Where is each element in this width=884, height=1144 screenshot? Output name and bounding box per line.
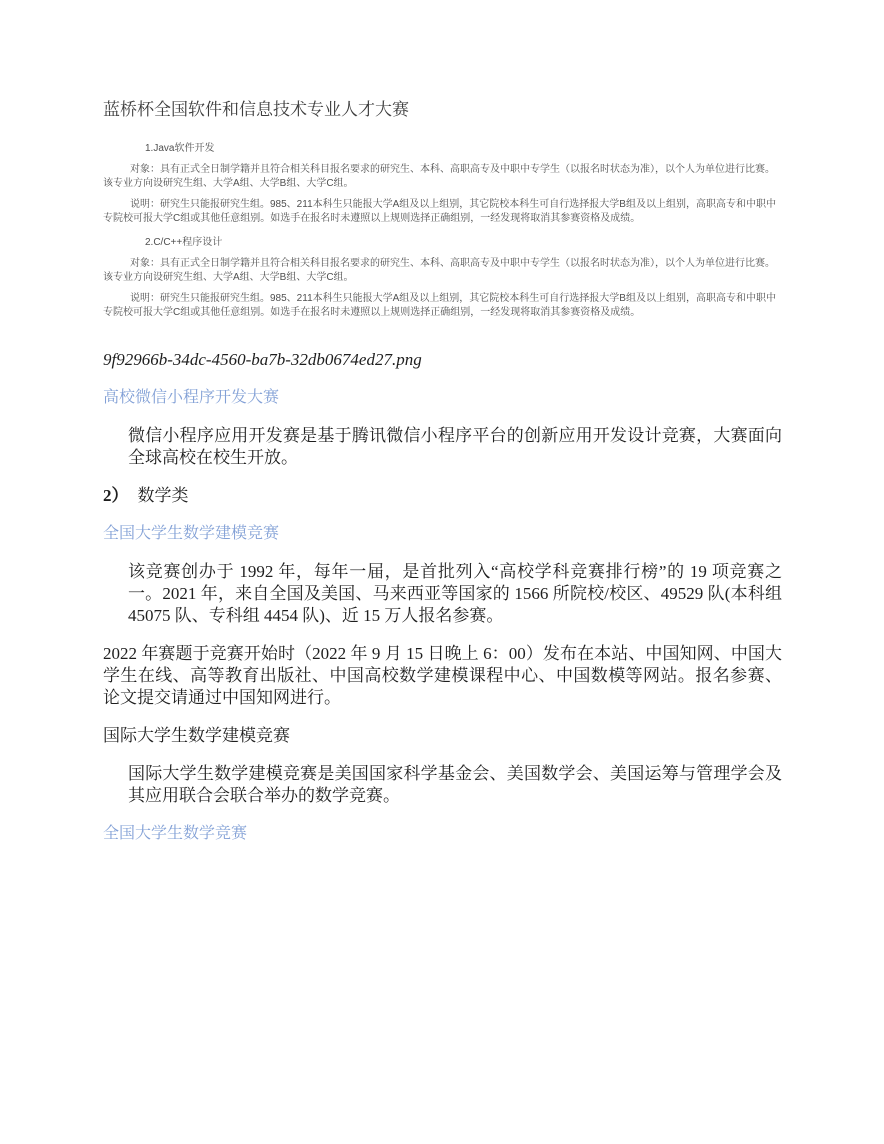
pasted-competition-clip: 蓝桥杯全国软件和信息技术专业人才大赛 1.Java软件开发 对象：具有正式全日制… [103, 100, 782, 319]
clip-title: 蓝桥杯全国软件和信息技术专业人才大赛 [103, 100, 782, 120]
image-filename-caption: 9f92966b-34dc-4560-ba7b-32db0674ed27.png [103, 349, 782, 371]
clip-paragraph-java-note: 说明：研究生只能报研究生组。985、211本科生只能报大学A组及以上组别，其它院… [103, 198, 782, 225]
cumcm-2022-announcement: 2022 年赛题于竞赛开始时（2022 年 9 月 15 日晚上 6：00）发布… [103, 643, 782, 709]
clip-paragraph-java-target: 对象：具有正式全日制学籍并且符合相关科目报名要求的研究生、本科、高职高专及中职中… [103, 163, 782, 190]
mcm-heading: 国际大学生数学建模竞赛 [103, 725, 782, 747]
clip-section-heading-java: 1.Java软件开发 [145, 142, 782, 155]
list-item-label: 数学类 [138, 486, 189, 505]
cumcm-description: 该竞赛创办于 1992 年，每年一届，是首批列入“高校学科竞赛排行榜”的 19 … [128, 561, 782, 627]
link-cumcm-contest[interactable]: 全国大学生数学建模竞赛 [103, 523, 782, 545]
mcm-description: 国际大学生数学建模竞赛是美国国家科学基金会、美国数学会、美国运筹与管理学会及其应… [128, 763, 782, 807]
document-body: 9f92966b-34dc-4560-ba7b-32db0674ed27.png… [103, 349, 782, 845]
list-item-math-category: 2）数学类 [103, 485, 782, 507]
link-cmc-contest[interactable]: 全国大学生数学竞赛 [103, 823, 782, 845]
clip-section-heading-cpp: 2.C/C++程序设计 [145, 236, 782, 249]
list-item-number: 2） [103, 486, 129, 505]
document-page: 蓝桥杯全国软件和信息技术专业人才大赛 1.Java软件开发 对象：具有正式全日制… [0, 0, 884, 1144]
clip-paragraph-cpp-note: 说明：研究生只能报研究生组。985、211本科生只能报大学A组及以上组别，其它院… [103, 292, 782, 319]
wechat-contest-description: 微信小程序应用开发赛是基于腾讯微信小程序平台的创新应用开发设计竞赛，大赛面向全球… [128, 425, 782, 469]
link-wechat-miniprogram-contest[interactable]: 高校微信小程序开发大赛 [103, 387, 782, 409]
clip-paragraph-cpp-target: 对象：具有正式全日制学籍并且符合相关科目报名要求的研究生、本科、高职高专及中职中… [103, 257, 782, 284]
